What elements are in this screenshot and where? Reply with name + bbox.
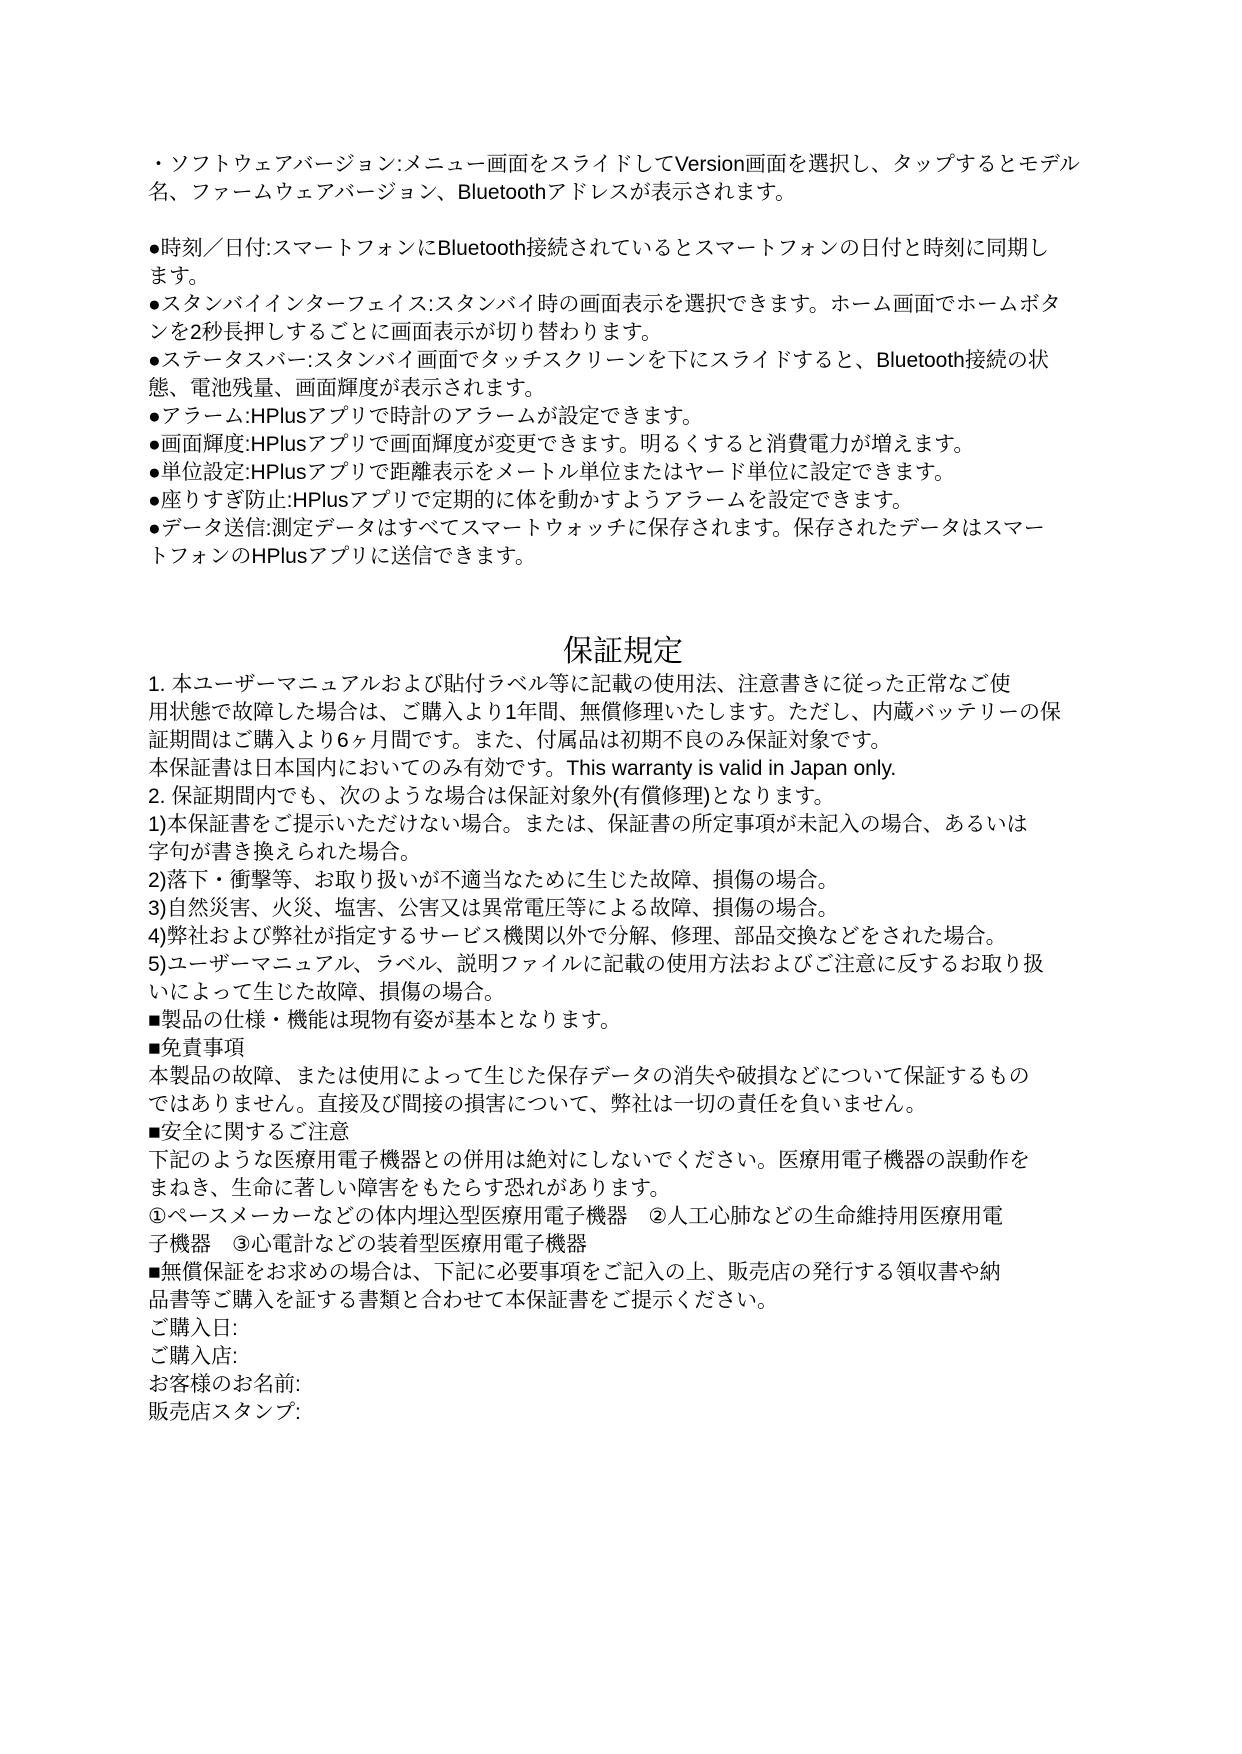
page-content: ・ソフトウェアバージョン:メニュー画面をスライドしてVersion画面を選択し、… [148,151,1098,1427]
text-line: お客様のお名前: [148,1371,1098,1399]
text-line: 5)ユーザーマニュアル、ラベル、説明ファイルに記載の使用方法およびご注意に反する… [148,951,1098,979]
text-line: ■製品の仕様・機能は現物有姿が基本となります。 [148,1007,1098,1035]
text-line: ●ステータスバー:スタンバイ画面でタッチスクリーンを下にスライドすると、Blue… [148,347,1098,375]
text-line: 字句が書き換えられた場合。 [148,839,1098,867]
warranty-title: 保証規定 [148,633,1098,671]
text-line: ではありません。直接及び間接の損害について、弊社は一切の責任を負いません。 [148,1091,1098,1119]
text-line: 本製品の故障、または使用によって生じた保存データの消失や破損などについて保証する… [148,1063,1098,1091]
text-line: 2)落下・衝撃等、お取り扱いが不適当なために生じた故障、損傷の場合。 [148,867,1098,895]
warranty-form-fields-section: ご購入日:ご購入店:お客様のお名前:販売店スタンプ: [148,1315,1098,1427]
text-line: 本保証書は日本国内においてのみ有効です。This warranty is val… [148,755,1098,783]
text-line: ●スタンバイインターフェイス:スタンバイ時の画面表示を選択できます。ホーム画面で… [148,291,1098,319]
text-line: ■安全に関するご注意 [148,1119,1098,1147]
text-line: 子機器 ③心電計などの装着型医療用電子機器 [148,1231,1098,1259]
manual-warranty-page: ・ソフトウェアバージョン:メニュー画面をスライドしてVersion画面を選択し、… [0,0,1242,1754]
text-line: ます。 [148,263,1098,291]
text-line: 1. 本ユーザーマニュアルおよび貼付ラベル等に記載の使用法、注意書きに従った正常… [148,671,1098,699]
text-line: ■免責事項 [148,1035,1098,1063]
text-line: ご購入店: [148,1343,1098,1371]
text-line: 態、電池残量、画面輝度が表示されます。 [148,375,1098,403]
text-line: まねき、生命に著しい障害をもたらす恐れがあります。 [148,1175,1098,1203]
text-line: トフォンのHPlusアプリに送信できます。 [148,543,1098,571]
text-line: 3)自然災害、火災、塩害、公害又は異常電圧等による故障、損傷の場合。 [148,895,1098,923]
text-line: ンを2秒長押しするごとに画面表示が切り替わります。 [148,319,1098,347]
text-line: ●画面輝度:HPlusアプリで画面輝度が変更できます。明るくすると消費電力が増え… [148,431,1098,459]
text-line: ①ペースメーカーなどの体内埋込型医療用電子機器 ②人工心肺などの生命維持用医療用… [148,1203,1098,1231]
warranty-terms-section: 1. 本ユーザーマニュアルおよび貼付ラベル等に記載の使用法、注意書きに従った正常… [148,671,1098,1315]
text-line: ●時刻／日付:スマートフォンにBluetooth接続されているとスマートフォンの… [148,235,1098,263]
text-line: ■無償保証をお求めの場合は、下記に必要事項をご記入の上、販売店の発行する領収書や… [148,1259,1098,1287]
text-line: ●データ送信:測定データはすべてスマートウォッチに保存されます。保存されたデータ… [148,515,1098,543]
text-line: 名、ファームウェアバージョン、Bluetoothアドレスが表示されます。 [148,179,1098,207]
text-line: 2. 保証期間内でも、次のような場合は保証対象外(有償修理)となります。 [148,783,1098,811]
software-version-section: ・ソフトウェアバージョン:メニュー画面をスライドしてVersion画面を選択し、… [148,151,1098,207]
text-line: 証期間はご購入より6ヶ月間です。また、付属品は初期不良のみ保証対象です。 [148,727,1098,755]
text-line: ●アラーム:HPlusアプリで時計のアラームが設定できます。 [148,403,1098,431]
feature-descriptions-section: ●時刻／日付:スマートフォンにBluetooth接続されているとスマートフォンの… [148,235,1098,571]
text-line: 下記のような医療用電子機器との併用は絶対にしないでください。医療用電子機器の誤動… [148,1147,1098,1175]
text-line: ●単位設定:HPlusアプリで距離表示をメートル単位またはヤード単位に設定できま… [148,459,1098,487]
text-line: 品書等ご購入を証する書類と合わせて本保証書をご提示ください。 [148,1287,1098,1315]
text-line: 1)本保証書をご提示いただけない場合。または、保証書の所定事項が未記入の場合、あ… [148,811,1098,839]
text-line: ・ソフトウェアバージョン:メニュー画面をスライドしてVersion画面を選択し、… [148,151,1098,179]
text-line: 4)弊社および弊社が指定するサービス機関以外で分解、修理、部品交換などをされた場… [148,923,1098,951]
text-line: ご購入日: [148,1315,1098,1343]
text-line: ●座りすぎ防止:HPlusアプリで定期的に体を動かすようアラームを設定できます。 [148,487,1098,515]
text-line: 販売店スタンプ: [148,1399,1098,1427]
text-line: 用状態で故障した場合は、ご購入より1年間、無償修理いたします。ただし、内蔵バッテ… [148,699,1098,727]
text-line: いによって生じた故障、損傷の場合。 [148,979,1098,1007]
